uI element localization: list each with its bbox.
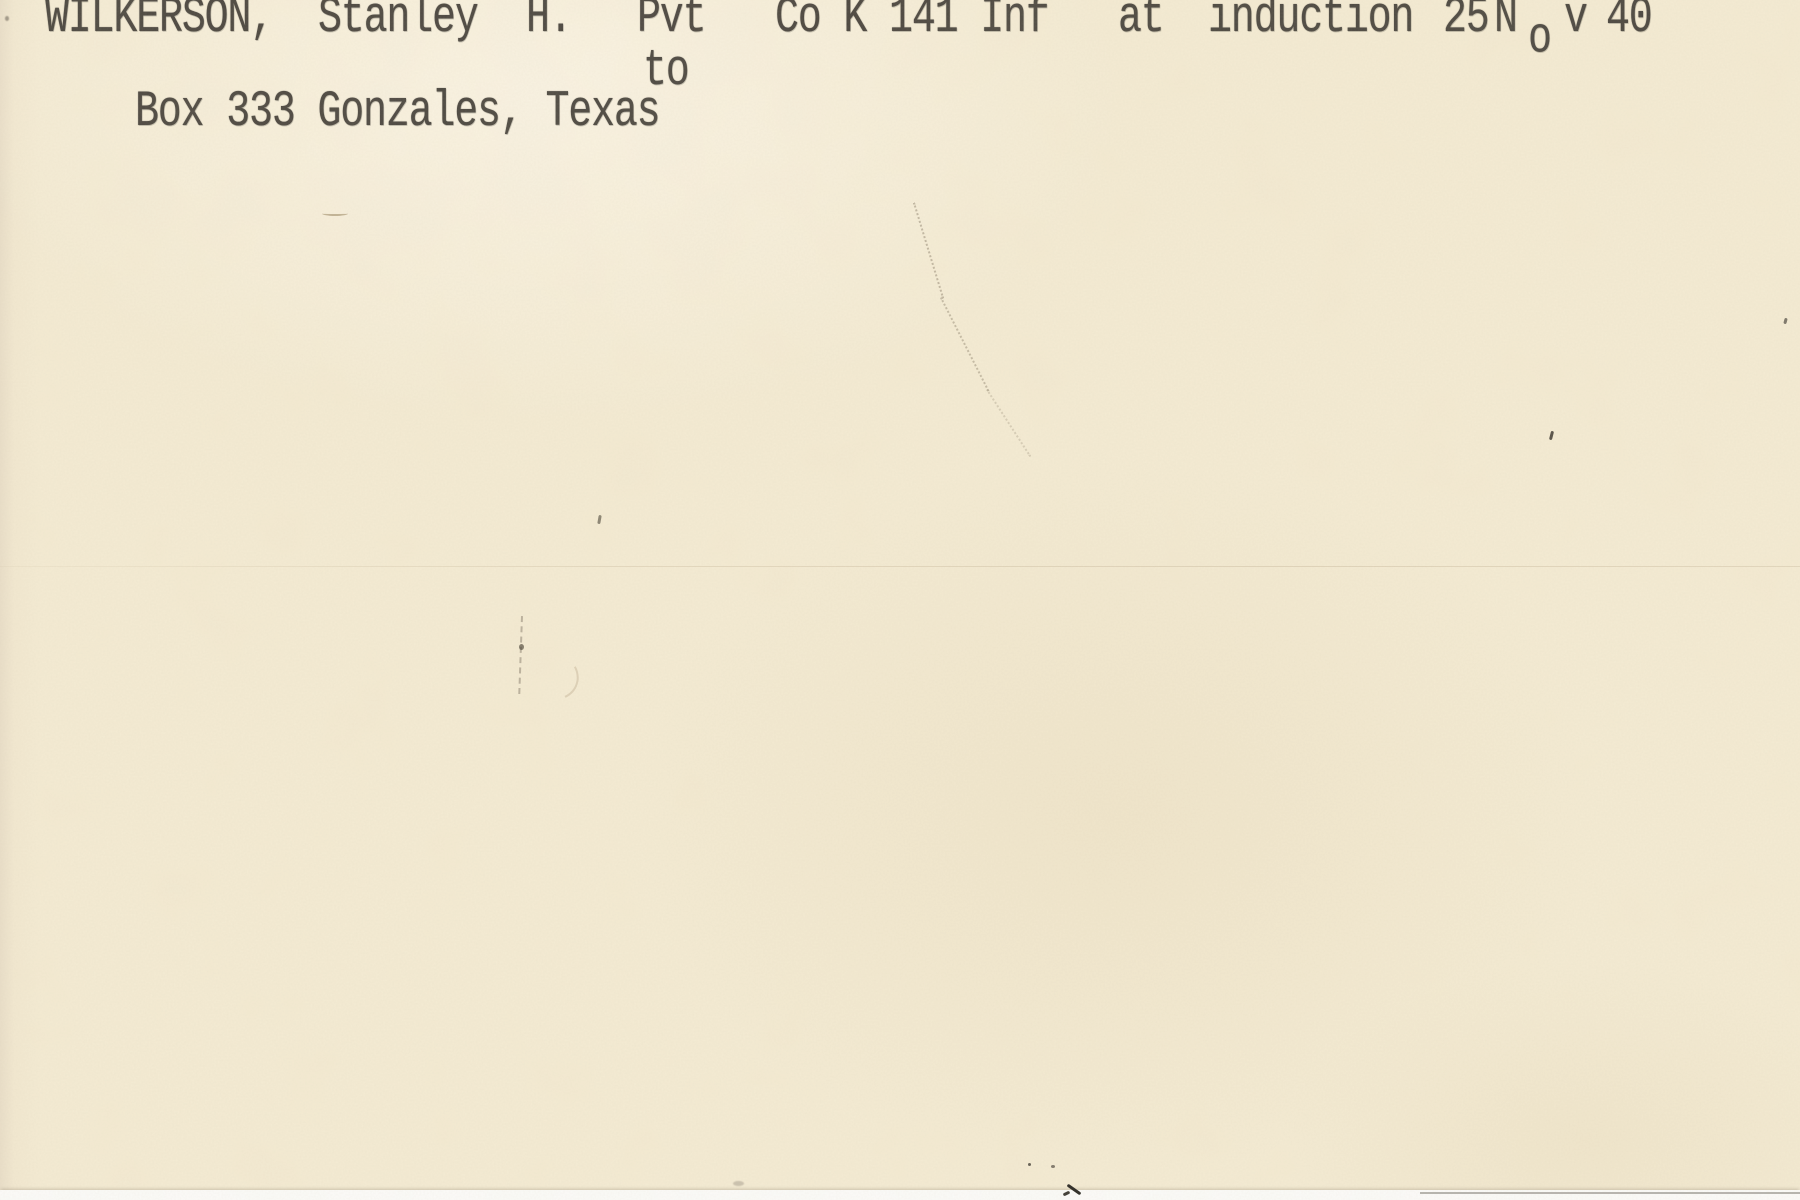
date-day-text: 25 bbox=[1443, 0, 1489, 45]
typewritten-text-layer: WILKERSON, Stanley H. Pvt Co K 141 Inf a… bbox=[0, 0, 1800, 1200]
first-name-text: Stanley bbox=[318, 0, 478, 45]
middle-initial-text: H. bbox=[526, 0, 572, 45]
unit-text: Co K 141 Inf bbox=[775, 0, 1049, 45]
scan-edge-bottom-strip bbox=[0, 1190, 1800, 1200]
card-line-3: Box 333 Gonzales, Texas bbox=[0, 88, 1800, 147]
phrase-induction-text: induction bbox=[1208, 0, 1413, 45]
rank-text: Pvt bbox=[637, 0, 705, 45]
date-year-text: 40 bbox=[1606, 0, 1652, 45]
phrase-at-text: at bbox=[1118, 0, 1164, 45]
surname-text: WILKERSON, bbox=[45, 0, 273, 45]
month-letter-n: N bbox=[1494, 0, 1517, 45]
address-text: Box 333 Gonzales, Texas bbox=[135, 88, 660, 139]
scanned-index-card: WILKERSON, Stanley H. Pvt Co K 141 Inf a… bbox=[0, 0, 1800, 1200]
card-line-1: WILKERSON, Stanley H. Pvt Co K 141 Inf a… bbox=[0, 0, 1800, 53]
month-letter-v: v bbox=[1564, 0, 1587, 45]
